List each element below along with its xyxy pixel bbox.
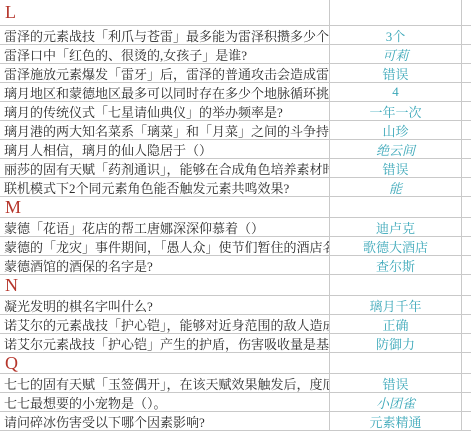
answer-cell[interactable]: 绝云间 <box>330 140 462 158</box>
answer-cell[interactable]: 正确 <box>330 315 462 333</box>
table-row: 凝光发明的棋名字叫什么?璃月千年 <box>0 296 471 315</box>
table-row: 璃月地区和蒙德地区最多可以同时存在多少个地脉循环挑战4 <box>0 83 471 102</box>
table-row: 雷泽施放元素爆发「雷牙」后，雷泽的普通攻击会造成雷元错误 <box>0 64 471 83</box>
table-row: 丽莎的固有天赋「药剂通识」，能够在合成角色培养素材时错误 <box>0 159 471 178</box>
section-header-row: Q <box>0 353 471 374</box>
question-cell[interactable]: 蒙德的「龙灾」事件期间，「愚人众」使节们暂住的酒店名 <box>0 237 330 255</box>
section-header-row: M <box>0 197 471 218</box>
answer-cell-empty[interactable] <box>330 0 462 25</box>
table-row: 蒙德的「龙灾」事件期间，「愚人众」使节们暂住的酒店名歌德大酒店 <box>0 237 471 256</box>
question-cell[interactable]: 七七的固有天赋「玉签偶开」，在该天赋效果触发后，度厄 <box>0 374 330 392</box>
section-letter-cell[interactable]: L <box>0 0 330 25</box>
edge-cell <box>462 315 471 333</box>
spreadsheet: L雷泽的元素战技「利爪与苍雷」最多能为雷泽积攒多少个雷3个雷泽口中「红色的、很烫… <box>0 0 471 433</box>
answer-cell-empty[interactable] <box>330 353 462 373</box>
answer-cell[interactable]: 璃月千年 <box>330 296 462 314</box>
table-row: 璃月港的两大知名菜系「璃菜」和「月菜」之间的斗争持续山珍 <box>0 121 471 140</box>
question-cell[interactable]: 雷泽口中「红色的、很烫的,女孩子」是谁? <box>0 45 330 63</box>
edge-cell <box>462 197 471 217</box>
edge-cell <box>462 178 471 196</box>
table-row: 七七最想要的小宠物是（）。小团雀 <box>0 393 471 412</box>
answer-cell[interactable]: 山珍 <box>330 121 462 139</box>
question-cell[interactable]: 诺艾尔的元素战技「护心铠」，能够对近身范围的敌人造成 <box>0 315 330 333</box>
table-row: 联机模式下2个同元素角色能否触发元素共鸣效果?能 <box>0 178 471 197</box>
edge-cell <box>462 353 471 373</box>
question-cell[interactable]: 请问碎冰伤害受以下哪个因素影响? <box>0 412 330 430</box>
edge-cell <box>462 412 471 430</box>
table-row: 请问碎冰伤害受以下哪个因素影响?元素精通 <box>0 412 471 431</box>
question-cell[interactable]: 凝光发明的棋名字叫什么? <box>0 296 330 314</box>
question-cell[interactable]: 雷泽施放元素爆发「雷牙」后，雷泽的普通攻击会造成雷元 <box>0 64 330 82</box>
question-cell[interactable]: 璃月人相信，璃月的仙人隐居于（） <box>0 140 330 158</box>
section-letter-cell[interactable]: N <box>0 275 330 295</box>
section-header-row: N <box>0 275 471 296</box>
answer-cell[interactable]: 防御力 <box>330 334 462 352</box>
section-letter-cell[interactable]: Q <box>0 353 330 373</box>
answer-cell[interactable]: 3个 <box>330 26 462 44</box>
edge-cell <box>462 275 471 295</box>
answer-cell[interactable]: 查尔斯 <box>330 256 462 274</box>
question-cell[interactable]: 璃月地区和蒙德地区最多可以同时存在多少个地脉循环挑战 <box>0 83 330 101</box>
edge-cell <box>462 64 471 82</box>
section-letter-cell[interactable]: M <box>0 197 330 217</box>
table-row: 蒙德酒馆的酒保的名字是?查尔斯 <box>0 256 471 275</box>
edge-cell <box>462 374 471 392</box>
answer-cell-empty[interactable] <box>330 275 462 295</box>
edge-cell <box>462 140 471 158</box>
table-row: 七七的固有天赋「玉签偶开」，在该天赋效果触发后，度厄错误 <box>0 374 471 393</box>
edge-cell <box>462 26 471 44</box>
answer-cell[interactable]: 可莉 <box>330 45 462 63</box>
answer-cell[interactable]: 4 <box>330 83 462 101</box>
answer-cell[interactable]: 能 <box>330 178 462 196</box>
edge-cell <box>462 121 471 139</box>
edge-cell <box>462 83 471 101</box>
table-row: 诺艾尔元素战技「护心铠」产生的护盾，伤害吸收量是基于防御力 <box>0 334 471 353</box>
answer-cell[interactable]: 错误 <box>330 374 462 392</box>
edge-cell <box>462 296 471 314</box>
table-row: 诺艾尔的元素战技「护心铠」，能够对近身范围的敌人造成正确 <box>0 315 471 334</box>
answer-cell[interactable]: 元素精通 <box>330 412 462 430</box>
edge-cell <box>462 0 471 25</box>
answer-cell[interactable]: 迪卢克 <box>330 218 462 236</box>
table-row: 蒙德「花语」花店的帮工唐娜深深仰慕着（）迪卢克 <box>0 218 471 237</box>
edge-cell <box>462 256 471 274</box>
question-cell[interactable]: 璃月港的两大知名菜系「璃菜」和「月菜」之间的斗争持续 <box>0 121 330 139</box>
answer-cell[interactable]: 错误 <box>330 159 462 177</box>
table-row: 璃月的传统仪式「七星请仙典仪」的举办频率是?一年一次 <box>0 102 471 121</box>
question-cell[interactable]: 蒙德「花语」花店的帮工唐娜深深仰慕着（） <box>0 218 330 236</box>
table-row: 璃月人相信，璃月的仙人隐居于（）绝云间 <box>0 140 471 159</box>
edge-cell <box>462 102 471 120</box>
edge-cell <box>462 393 471 411</box>
edge-cell <box>462 159 471 177</box>
answer-cell-empty[interactable] <box>330 197 462 217</box>
edge-cell <box>462 334 471 352</box>
table-row: 雷泽的元素战技「利爪与苍雷」最多能为雷泽积攒多少个雷3个 <box>0 26 471 45</box>
question-cell[interactable]: 璃月的传统仪式「七星请仙典仪」的举办频率是? <box>0 102 330 120</box>
answer-cell[interactable]: 错误 <box>330 64 462 82</box>
table-row: 雷泽口中「红色的、很烫的,女孩子」是谁?可莉 <box>0 45 471 64</box>
answer-cell[interactable]: 一年一次 <box>330 102 462 120</box>
question-cell[interactable]: 蒙德酒馆的酒保的名字是? <box>0 256 330 274</box>
question-cell[interactable]: 丽莎的固有天赋「药剂通识」，能够在合成角色培养素材时 <box>0 159 330 177</box>
section-header-row: L <box>0 0 471 26</box>
edge-cell <box>462 218 471 236</box>
edge-cell <box>462 237 471 255</box>
question-cell[interactable]: 联机模式下2个同元素角色能否触发元素共鸣效果? <box>0 178 330 196</box>
answer-cell[interactable]: 小团雀 <box>330 393 462 411</box>
answer-cell[interactable]: 歌德大酒店 <box>330 237 462 255</box>
question-cell[interactable]: 七七最想要的小宠物是（）。 <box>0 393 330 411</box>
question-cell[interactable]: 诺艾尔元素战技「护心铠」产生的护盾，伤害吸收量是基于 <box>0 334 330 352</box>
edge-cell <box>462 45 471 63</box>
question-cell[interactable]: 雷泽的元素战技「利爪与苍雷」最多能为雷泽积攒多少个雷 <box>0 26 330 44</box>
